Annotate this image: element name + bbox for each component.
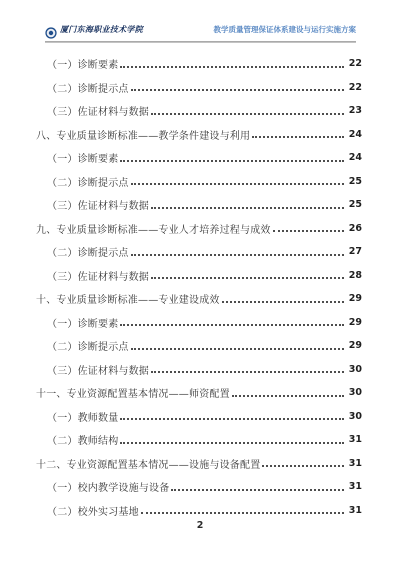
toc-entry-label: （二）诊断提示点: [47, 80, 129, 95]
toc-entry: （二）诊断提示点29: [36, 334, 362, 358]
toc-entry-page-number: 22: [347, 82, 362, 93]
toc-entry: 八、专业质量诊断标准——教学条件建设与利用24: [36, 123, 362, 147]
toc-entry-label: （二）教师结构: [47, 432, 118, 447]
toc-entry-label: （三）佐证材料与数据: [47, 197, 149, 212]
toc-entry-label: （三）佐证材料与数据: [47, 103, 149, 118]
table-of-contents: （一）诊断要素22（二）诊断提示点22（三）佐证材料与数据23八、专业质量诊断标…: [36, 52, 362, 522]
school-seal-icon: [45, 24, 57, 36]
toc-entry: （一）诊断要素22: [36, 52, 362, 76]
toc-entry-label: 九、专业质量诊断标准——专业人才培养过程与成效: [36, 221, 271, 236]
toc-entry-label: 十二、专业资源配置基本情况——设施与设备配置: [36, 456, 260, 471]
school-name: 厦门东海职业技术学院: [60, 24, 143, 35]
page-footer: 2: [0, 513, 400, 532]
toc-entry: （二）诊断提示点25: [36, 170, 362, 194]
toc-dot-leader: [232, 395, 344, 397]
toc-entry-label: （二）诊断提示点: [47, 338, 129, 353]
toc-dot-leader: [131, 254, 344, 256]
toc-entry-label: （一）诊断要素: [47, 56, 118, 71]
toc-entry-label: 八、专业质量诊断标准——教学条件建设与利用: [36, 127, 250, 142]
toc-dot-leader: [151, 207, 344, 209]
toc-entry-page-number: 29: [347, 317, 362, 328]
toc-entry-page-number: 24: [347, 152, 362, 163]
toc-entry-page-number: 30: [347, 387, 362, 398]
toc-entry-page-number: 26: [347, 223, 362, 234]
toc-dot-leader: [120, 442, 344, 444]
toc-entry-label: （一）教师数量: [47, 409, 118, 424]
toc-entry-label: （三）佐证材料与数据: [47, 362, 149, 377]
header-divider: [45, 41, 356, 43]
toc-entry-page-number: 24: [347, 129, 362, 140]
toc-dot-leader: [252, 136, 344, 138]
toc-entry: 十、专业质量诊断标准——专业建设成效29: [36, 287, 362, 311]
toc-dot-leader: [171, 489, 344, 491]
toc-entry-page-number: 22: [347, 58, 362, 69]
toc-entry-label: （三）佐证材料与数据: [47, 268, 149, 283]
toc-dot-leader: [120, 160, 344, 162]
toc-entry: 九、专业质量诊断标准——专业人才培养过程与成效26: [36, 217, 362, 241]
toc-entry: （二）教师结构31: [36, 428, 362, 452]
toc-dot-leader: [151, 113, 344, 115]
toc-dot-leader: [131, 183, 344, 185]
toc-entry: 十一、专业资源配置基本情况——师资配置30: [36, 381, 362, 405]
toc-entry-label: （二）诊断提示点: [47, 244, 129, 259]
toc-entry-page-number: 27: [347, 246, 362, 257]
document-title: 教学质量管理保证体系建设与运行实施方案: [214, 24, 357, 35]
toc-entry: （二）诊断提示点22: [36, 76, 362, 100]
toc-entry-label: 十、专业质量诊断标准——专业建设成效: [36, 291, 220, 306]
toc-entry: （三）佐证材料与数据25: [36, 193, 362, 217]
toc-dot-leader: [222, 301, 344, 303]
toc-entry-page-number: 29: [347, 293, 362, 304]
toc-entry-page-number: 30: [347, 411, 362, 422]
toc-entry-label: （二）诊断提示点: [47, 174, 129, 189]
toc-dot-leader: [120, 418, 344, 420]
toc-entry: （三）佐证材料与数据23: [36, 99, 362, 123]
toc-entry-label: （一）校内教学设施与设备: [47, 479, 169, 494]
page-number: 2: [197, 520, 204, 531]
toc-entry-page-number: 25: [347, 176, 362, 187]
toc-entry: 十二、专业资源配置基本情况——设施与设备配置31: [36, 452, 362, 476]
toc-entry: （一）诊断要素29: [36, 311, 362, 335]
document-page: 厦门东海职业技术学院 教学质量管理保证体系建设与运行实施方案 （一）诊断要素22…: [0, 0, 400, 566]
toc-dot-leader: [120, 66, 344, 68]
toc-dot-leader: [262, 465, 344, 467]
toc-entry: （二）诊断提示点27: [36, 240, 362, 264]
toc-entry-page-number: 31: [347, 434, 362, 445]
toc-entry-label: （一）诊断要素: [47, 150, 118, 165]
page-header: 厦门东海职业技术学院 教学质量管理保证体系建设与运行实施方案: [45, 21, 356, 38]
toc-entry: （一）诊断要素24: [36, 146, 362, 170]
toc-entry-page-number: 31: [347, 481, 362, 492]
toc-entry-page-number: 29: [347, 340, 362, 351]
toc-entry-page-number: 31: [347, 458, 362, 469]
toc-entry-page-number: 30: [347, 364, 362, 375]
toc-entry-page-number: 25: [347, 199, 362, 210]
toc-entry-page-number: 28: [347, 270, 362, 281]
toc-dot-leader: [120, 324, 344, 326]
toc-entry-label: 十一、专业资源配置基本情况——师资配置: [36, 385, 230, 400]
toc-dot-leader: [131, 348, 344, 350]
toc-entry: （三）佐证材料与数据30: [36, 358, 362, 382]
toc-dot-leader: [273, 230, 344, 232]
toc-entry: （一）教师数量30: [36, 405, 362, 429]
toc-entry: （三）佐证材料与数据28: [36, 264, 362, 288]
toc-entry-label: （一）诊断要素: [47, 315, 118, 330]
school-logo: 厦门东海职业技术学院: [45, 24, 143, 36]
toc-dot-leader: [151, 277, 344, 279]
toc-entry-page-number: 23: [347, 105, 362, 116]
toc-dot-leader: [131, 89, 344, 91]
toc-dot-leader: [151, 371, 344, 373]
toc-entry: （一）校内教学设施与设备31: [36, 475, 362, 499]
